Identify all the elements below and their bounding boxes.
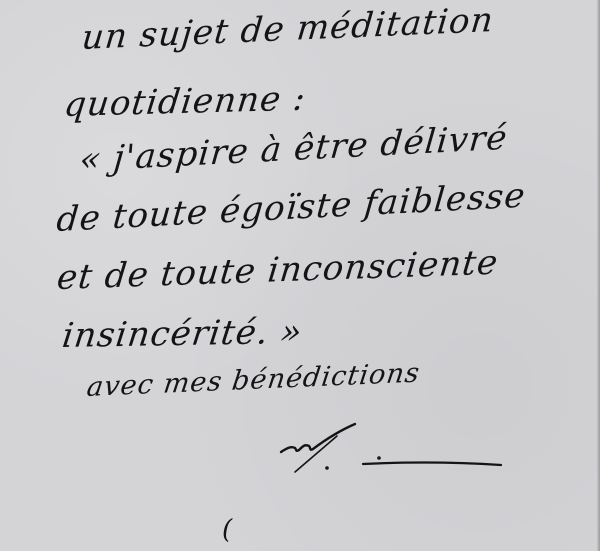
note-line-5: et de toute inconsciente <box>55 243 500 298</box>
handwritten-note-page: un sujet de méditation quotidienne : « j… <box>0 0 600 551</box>
note-line-3: « j'aspire à être délivré <box>78 118 509 180</box>
note-line-6: insincérité. » <box>60 312 305 356</box>
note-line-4: de toute égoïste faiblesse <box>55 176 527 240</box>
note-line-2: quotidienne : <box>62 79 308 125</box>
handwritten-signature-icon <box>275 418 505 478</box>
closing-line: avec mes bénédictions <box>85 358 422 403</box>
note-line-1: un sujet de méditation <box>80 0 496 58</box>
footer-mark: ( <box>222 515 232 545</box>
